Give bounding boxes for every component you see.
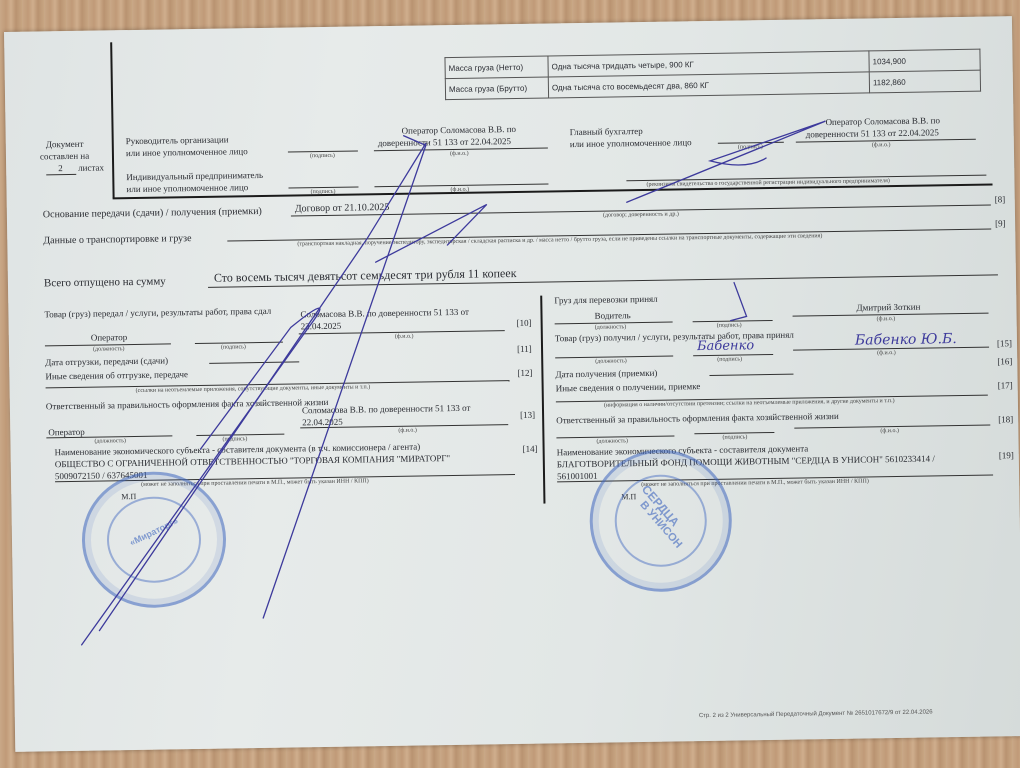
caption: (должность): [595, 358, 627, 364]
entrepreneur-label: Индивидуальный предприниматель: [126, 170, 263, 182]
carrier-position: Водитель: [594, 310, 630, 321]
received-label: Товар (груз) получил / услуги, результат…: [555, 330, 794, 344]
column-divider: [540, 296, 545, 504]
cargo-mass-table: Масса груза (Нетто) Одна тысяча тридцать…: [444, 49, 981, 100]
other-shipment-label: Иные сведения об отгрузке, передаче: [45, 369, 188, 381]
caption: (ф.и.о.): [450, 187, 469, 193]
transferred-name: Соломасова В.В. по доверенности 51 133 о…: [300, 307, 469, 320]
page-footer: Стр. 2 из 2 Универсальный Передаточный Д…: [699, 709, 933, 719]
caption: (ф.и.о.): [395, 334, 414, 340]
caption: (ф.и.о.): [880, 428, 899, 434]
field-code: [15]: [997, 338, 1012, 348]
caption: (подпись): [722, 434, 747, 440]
mass-net-label: Масса груза (Нетто): [445, 56, 548, 79]
head-label-2: или иное уполномоченное лицо: [126, 146, 248, 158]
mass-net-value: 1034,900: [869, 49, 980, 72]
other-receipt-label: Иные сведения о получении, приемке: [556, 381, 701, 393]
field-code: [10]: [517, 318, 532, 328]
chief-accountant-name: Оператор Соломасова В.В. по: [825, 115, 940, 127]
head-name: Оператор Соломасова В.В. по: [402, 124, 517, 136]
field-code: [11]: [517, 344, 532, 354]
right-responsible-label: Ответственный за правильность оформления…: [556, 411, 839, 425]
caption: (подпись): [222, 436, 247, 442]
caption: (ф.и.о.): [872, 142, 891, 148]
head-name-2: доверенности 51 133 от 22.04.2025: [378, 136, 511, 148]
caption: (ф.и.о.): [877, 316, 896, 322]
caption: (подпись): [221, 344, 246, 350]
caption: (должность): [596, 438, 628, 444]
sheets-count: 2: [58, 163, 63, 173]
carrier-label: Груз для перевозки принял: [554, 294, 658, 306]
mass-gross-words: Одна тысяча сто восемьдесят два, 860 КГ: [548, 72, 869, 98]
responsible-name: Соломасова В.В. по доверенности 51 133 о…: [302, 403, 471, 416]
caption: (подпись): [310, 153, 335, 159]
receiver-signature-handwritten: Бабенко: [697, 338, 754, 354]
field-code: [8]: [995, 194, 1006, 204]
ship-date-field[interactable]: [209, 361, 299, 363]
left-company-stamp: «Мираторг»: [81, 471, 227, 609]
caption: (подпись): [717, 322, 742, 328]
responsible-position: Оператор: [48, 427, 85, 438]
caption: (подпись): [717, 356, 742, 362]
upd-document-page: Масса груза (Нетто) Одна тысяча тридцать…: [4, 16, 1020, 752]
transferred-position: Оператор: [91, 332, 128, 343]
chief-accountant-label: Главный бухгалтер: [570, 126, 643, 137]
ship-date-label: Дата отгрузки, передачи (сдачи): [45, 355, 168, 367]
caption: (подпись): [311, 189, 336, 195]
chief-accountant-name-2: доверенности 51 133 от 22.04.2025: [806, 127, 939, 139]
right-charity-stamp: СЕРДЦА В УНИСОН: [589, 449, 733, 593]
total-label: Всего отпущено на сумму: [44, 275, 166, 289]
receipt-date-field[interactable]: [709, 374, 793, 376]
basis-label: Основание передачи (сдачи) / получения (…: [43, 206, 262, 220]
field-code: [9]: [995, 218, 1006, 228]
mass-gross-value: 1182,860: [869, 70, 980, 93]
transferred-name-2: 22.04.2025: [301, 321, 342, 332]
field-code: [16]: [997, 356, 1012, 366]
field-code: [13]: [520, 410, 535, 420]
receipt-date-label: Дата получения (приемки): [555, 368, 657, 380]
field-code: [19]: [999, 450, 1014, 460]
sheets-label-2: составлен на: [40, 151, 89, 162]
caption: (ф.и.о.): [398, 428, 417, 434]
chief-accountant-label-2: или иное уполномоченное лицо: [570, 137, 692, 149]
entrepreneur-label-2: или иное уполномоченное лицо: [126, 182, 248, 194]
caption: (договор; доверенность и др.): [603, 211, 679, 218]
field-code: [12]: [517, 368, 532, 378]
field-code: [18]: [998, 414, 1013, 424]
sheets-label-3: листах: [78, 162, 104, 172]
caption: (должность): [595, 324, 627, 330]
carrier-name: Дмитрий Зоткин: [856, 302, 920, 313]
field-code: [17]: [998, 380, 1013, 390]
responsible-name-2: 22.04.2025: [302, 417, 343, 428]
transferred-label: Товар (груз) передал / услуги, результат…: [44, 306, 271, 320]
frame-left-border: [110, 42, 114, 198]
caption: (ф.и.о.): [450, 151, 469, 157]
right-entity-inn: 561001001: [557, 471, 598, 482]
caption: (ф.и.о.): [877, 350, 896, 356]
caption: (должность): [93, 346, 125, 352]
caption: (должность): [94, 438, 126, 444]
transport-label: Данные о транспортировке и грузе: [43, 233, 191, 246]
caption: (подпись): [738, 144, 763, 150]
head-label: Руководитель организации: [126, 134, 229, 146]
basis-value: Договор от 21.10.2025: [295, 202, 390, 214]
mass-gross-label: Масса груза (Брутто): [445, 77, 548, 100]
responsible-label: Ответственный за правильность оформления…: [46, 397, 329, 411]
field-code: [14]: [523, 444, 538, 454]
sheets-label-1: Документ: [46, 139, 84, 150]
receiver-name-handwritten: Бабенко Ю.Б.: [855, 331, 957, 349]
